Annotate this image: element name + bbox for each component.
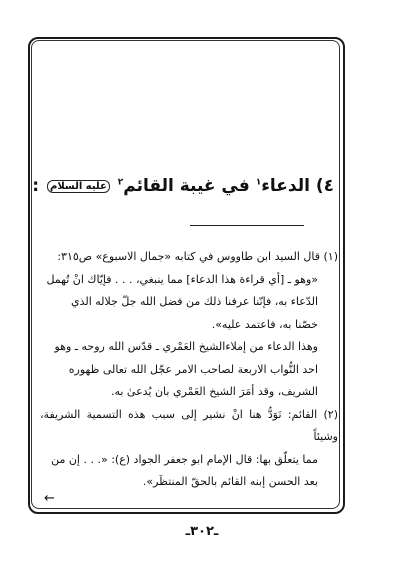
footnote-1-line-4: خصّنا به، فاعتمد عليه». — [40, 314, 338, 337]
footnote-2-line-3: بعد الحسن إبنه القائم بالحقّ المنتظَر». — [40, 471, 338, 494]
footnote-1-line-7: الشريف، وقد أمَرَ الشيخ العَمْري بان يُد… — [40, 381, 338, 404]
page-number: ـ٣٠٢ـ — [0, 524, 404, 539]
continuation-arrow-icon: ← — [44, 492, 55, 506]
section-heading: ٤) الدعاء١ في غيبة القائم٢ عليه السلام : — [32, 176, 334, 196]
heading-number: ٤) — [316, 176, 334, 196]
footnote-separator — [190, 225, 304, 226]
footnote-2-line-2: مما يتعلّق بها: قال الإمام ابو جعفر الجو… — [40, 449, 338, 472]
footnote-1-line-3: الدّعاء به، فإنّنا عرفنا ذلك من فضل الله… — [40, 291, 338, 314]
heading-text-1: الدعاء — [261, 176, 310, 196]
footnote-2-line-1: (٢) القائم: نَوَدُّ هنا انْ نشير إلى سبب… — [40, 404, 338, 449]
heading-text-2: في غيبة القائم — [123, 176, 250, 196]
footnote-1-line-2: «وهو ـ [أي قراءة هذا الدعاء] مما ينبغي، … — [40, 269, 338, 292]
footnote-1-line-6: احد النُّواب الاربعة لصاحب الامر عجّل ال… — [40, 359, 338, 382]
heading-colon: : — [32, 176, 39, 196]
footnote-1-line-5: وهذا الدعاء من إملاءالشيخ العَمْري ـ قدّ… — [40, 336, 338, 359]
footnotes: (١) قال السيد ابن طاووس في كتابه «جمال ا… — [40, 246, 338, 494]
honorific-seal-icon: عليه السلام — [47, 180, 110, 193]
footnote-1-line-1: (١) قال السيد ابن طاووس في كتابه «جمال ا… — [40, 246, 338, 269]
